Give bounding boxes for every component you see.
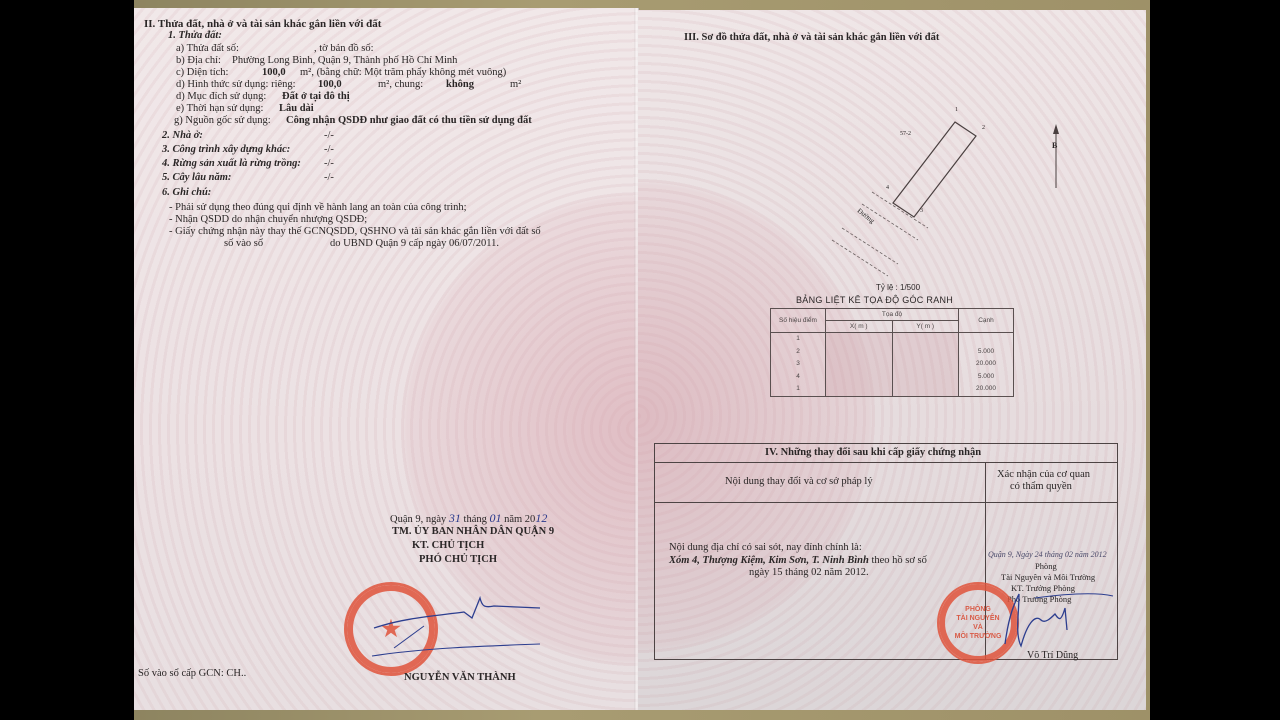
usage-shared-value: không bbox=[446, 79, 474, 91]
coord-table-title: BẢNG LIỆT KÊ TỌA ĐỘ GÓC RANH bbox=[796, 294, 953, 306]
note-line-2: - Nhận QSDD do nhận chuyển nhượng QSDĐ; bbox=[169, 214, 367, 226]
address-value: Phường Long Bình, Quận 9, Thành phố Hồ C… bbox=[232, 55, 457, 67]
table-row-point: 1 bbox=[774, 383, 822, 396]
changes-header-row: Nội dung thay đổi và cơ sở pháp lý Xác n… bbox=[655, 462, 1117, 503]
scale-label: Tỷ lệ : 1/500 bbox=[876, 282, 920, 294]
point-1-label: 1 bbox=[955, 104, 958, 116]
forest-label: 4. Rừng sản xuất là rừng trồng: bbox=[162, 158, 301, 170]
change-entry-line2: Xóm 4, Thượng Kiệm, Kim Sơn, T. Ninh Bìn… bbox=[669, 555, 927, 567]
changes-table: IV. Những thay đổi sau khi cấp giấy chứn… bbox=[654, 443, 1118, 660]
table-row-edge bbox=[962, 333, 1010, 346]
section-iii-title: III. Sơ đồ thửa đất, nhà ở và tài sản kh… bbox=[684, 32, 939, 44]
header-x: X( m ) bbox=[826, 321, 893, 333]
registry-number: Số vào sổ cấp GCN: CH.. bbox=[138, 668, 246, 680]
header-edge: Cạnh bbox=[959, 309, 1014, 333]
edge-column: 5.000 20.000 5.000 20.000 bbox=[959, 333, 1014, 397]
date-year: 12 bbox=[535, 511, 547, 525]
origin-value: Công nhận QSDĐ như giao đất có thu tiền … bbox=[286, 115, 532, 127]
change-entry-line3: ngày 15 tháng 02 năm 2012. bbox=[749, 567, 869, 579]
header-point: Số hiệu điểm bbox=[771, 309, 826, 333]
change-content-header: Nội dung thay đổi và cơ sở pháp lý bbox=[725, 476, 873, 488]
signature-vice-head bbox=[975, 584, 1115, 654]
table-row-point: 3 bbox=[774, 358, 822, 371]
area-value: 100,0 bbox=[262, 67, 286, 79]
north-arrow-label: B bbox=[1052, 140, 1057, 152]
table-row-edge: 20.000 bbox=[962, 383, 1010, 396]
point-3-label: 3 bbox=[920, 205, 923, 217]
header-y: Y( m ) bbox=[892, 321, 959, 333]
perennial-trees-value: -/- bbox=[324, 172, 334, 184]
header-coords: Tọa độ bbox=[826, 309, 959, 321]
point-4-label: 4 bbox=[886, 182, 889, 194]
y-column bbox=[892, 333, 959, 397]
note-line-4-left: số vào sổ bbox=[224, 238, 263, 250]
purpose-value: Đất ở tại đô thị bbox=[282, 91, 350, 103]
note-line-4-right: do UBND Quận 9 cấp ngày 06/07/2011. bbox=[330, 238, 499, 250]
certificate-right-page: III. Sơ đồ thửa đất, nhà ở và tài sản kh… bbox=[638, 10, 1146, 710]
table-row-point: 4 bbox=[774, 371, 822, 384]
term-label: e) Thời hạn sử dụng: bbox=[176, 103, 263, 115]
year-label: năm 20 bbox=[504, 514, 535, 525]
area-label: c) Diện tích: bbox=[176, 67, 228, 79]
table-row-edge: 20.000 bbox=[962, 358, 1010, 371]
table-row-edge: 5.000 bbox=[962, 346, 1010, 359]
coordinate-table: Số hiệu điểm Tọa độ Cạnh X( m ) Y( m ) 1… bbox=[770, 308, 1014, 397]
section-ii-title: II. Thửa đất, nhà ở và tài sản khác gắn … bbox=[144, 18, 381, 30]
usage-form-label: d) Hình thức sử dụng: riêng: bbox=[176, 79, 296, 91]
signer-role-1: KT. CHỦ TỊCH bbox=[412, 540, 484, 552]
usage-shared-label: m², chung: bbox=[378, 79, 423, 91]
point-column: 1 2 3 4 1 bbox=[771, 333, 826, 397]
confirm-signer: Võ Trí Dũng bbox=[1027, 650, 1078, 662]
x-column bbox=[826, 333, 893, 397]
house-value: -/- bbox=[324, 130, 334, 142]
other-construction-value: -/- bbox=[324, 144, 334, 156]
signature-chairman bbox=[364, 588, 544, 658]
signer-role-2: PHÓ CHỦ TỊCH bbox=[419, 554, 497, 566]
notes-heading: 6. Ghi chú: bbox=[162, 187, 211, 199]
date-month: 01 bbox=[489, 511, 501, 525]
corrected-address: Xóm 4, Thượng Kiệm, Kim Sơn, T. Ninh Bìn… bbox=[669, 555, 869, 566]
parcel-number-label: a) Thửa đất số: bbox=[176, 43, 239, 55]
confirmation-header-line1: Xác nhận của cơ quan bbox=[997, 469, 1090, 481]
changes-title: IV. Những thay đổi sau khi cấp giấy chứn… bbox=[765, 447, 981, 459]
purpose-label: d) Mục đích sử dụng: bbox=[176, 91, 266, 103]
table-row-point: 1 bbox=[774, 333, 822, 346]
term-value: Lâu dài bbox=[279, 103, 314, 115]
date-prefix: Quận 9, ngày bbox=[390, 514, 446, 525]
month-label: tháng bbox=[464, 514, 487, 525]
house-label: 2. Nhà ở: bbox=[162, 130, 203, 142]
parcel-diagram bbox=[828, 100, 1078, 280]
parcel-label: 57-2 bbox=[900, 128, 911, 140]
address-label: b) Địa chỉ: bbox=[176, 55, 221, 67]
land-parcel-heading: 1. Thửa đất: bbox=[168, 30, 222, 42]
note-line-1: - Phải sử dụng theo đúng qui định về hàn… bbox=[169, 202, 467, 214]
usage-private-value: 100,0 bbox=[318, 79, 342, 91]
date-day: 31 bbox=[449, 511, 461, 525]
issuing-org: TM. ỦY BAN NHÂN DÂN QUẬN 9 bbox=[392, 526, 554, 538]
usage-shared-unit: m² bbox=[510, 79, 521, 91]
note-line-3: - Giấy chứng nhận này thay thế GCNQSDD, … bbox=[169, 226, 541, 238]
entry-line2-suffix: theo hồ sơ số bbox=[871, 555, 926, 566]
changes-title-row: IV. Những thay đổi sau khi cấp giấy chứn… bbox=[655, 444, 1117, 463]
signer-name: NGUYỄN VĂN THÀNH bbox=[404, 672, 516, 684]
change-entry-line1: Nội dung địa chỉ có sai sót, nay đính ch… bbox=[669, 542, 862, 554]
issue-date: Quận 9, ngày 31 tháng 01 năm 2012 bbox=[390, 512, 547, 526]
area-in-words: m², (bằng chữ: Một trăm phẩy không mét v… bbox=[300, 67, 506, 79]
perennial-trees-label: 5. Cây lâu năm: bbox=[162, 172, 231, 184]
forest-value: -/- bbox=[324, 158, 334, 170]
table-row-point: 2 bbox=[774, 346, 822, 359]
other-construction-label: 3. Công trình xây dựng khác: bbox=[162, 144, 290, 156]
certificate-left-page: II. Thửa đất, nhà ở và tài sản khác gắn … bbox=[134, 8, 639, 710]
point-2-label: 2 bbox=[982, 122, 985, 134]
confirmation-header-line2: có thẩm quyền bbox=[1010, 481, 1072, 493]
table-row-edge: 5.000 bbox=[962, 371, 1010, 384]
map-sheet-label: , tờ bản đồ số: bbox=[314, 43, 374, 55]
origin-label: g) Nguồn gốc sử dụng: bbox=[174, 115, 271, 127]
